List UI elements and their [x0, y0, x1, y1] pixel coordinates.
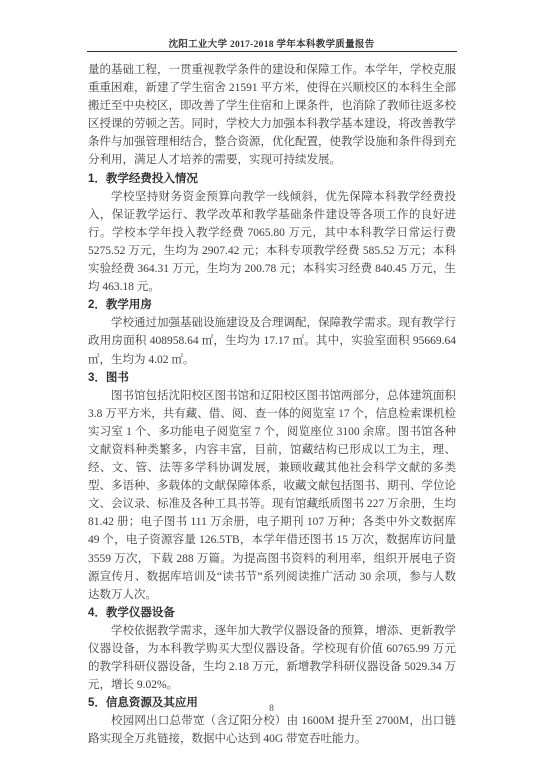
- section-1-heading: 1．教学经费投入情况: [88, 170, 456, 188]
- section-2-heading: 2．教学用房: [88, 296, 456, 314]
- page-number: 8: [0, 704, 543, 714]
- section-5-paragraph: 校园网出口总带宽（含辽阳分校）由 1600M 提升至 2700M，出口链路实现全…: [88, 712, 456, 748]
- section-4-heading: 4．教学仪器设备: [88, 604, 456, 622]
- document-page: 沈阳工业大学 2017-2018 学年本科教学质量报告 量的基础工程，一贯重视教…: [0, 0, 543, 768]
- section-2-paragraph: 学校通过加强基础设施建设及合理调配，保障教学需求。现有教学行政用房面积 4089…: [88, 314, 456, 368]
- section-4-paragraph: 学校依据教学需求，逐年加大教学仪器设备的预算，增添、更新教学仪器设备，为本科教学…: [88, 622, 456, 694]
- document-body: 量的基础工程，一贯重视教学条件的建设和保障工作。本学年，学校克服重重困难，新建了…: [88, 61, 456, 749]
- section-3-heading: 3．图书: [88, 369, 456, 387]
- header-divider: [87, 51, 457, 52]
- section-3-paragraph: 图书馆包括沈阳校区图书馆和辽阳校区图书馆两部分，总体建筑面积 3.8 万平方米，…: [88, 387, 456, 604]
- section-1-paragraph: 学校坚持财务资金预算向教学一线倾斜，优先保障本科教学经费投入，保证教学运行、教学…: [88, 188, 456, 297]
- header-title: 沈阳工业大学 2017-2018 学年本科教学质量报告: [0, 36, 543, 50]
- intro-paragraph: 量的基础工程，一贯重视教学条件的建设和保障工作。本学年，学校克服重重困难，新建了…: [88, 61, 456, 170]
